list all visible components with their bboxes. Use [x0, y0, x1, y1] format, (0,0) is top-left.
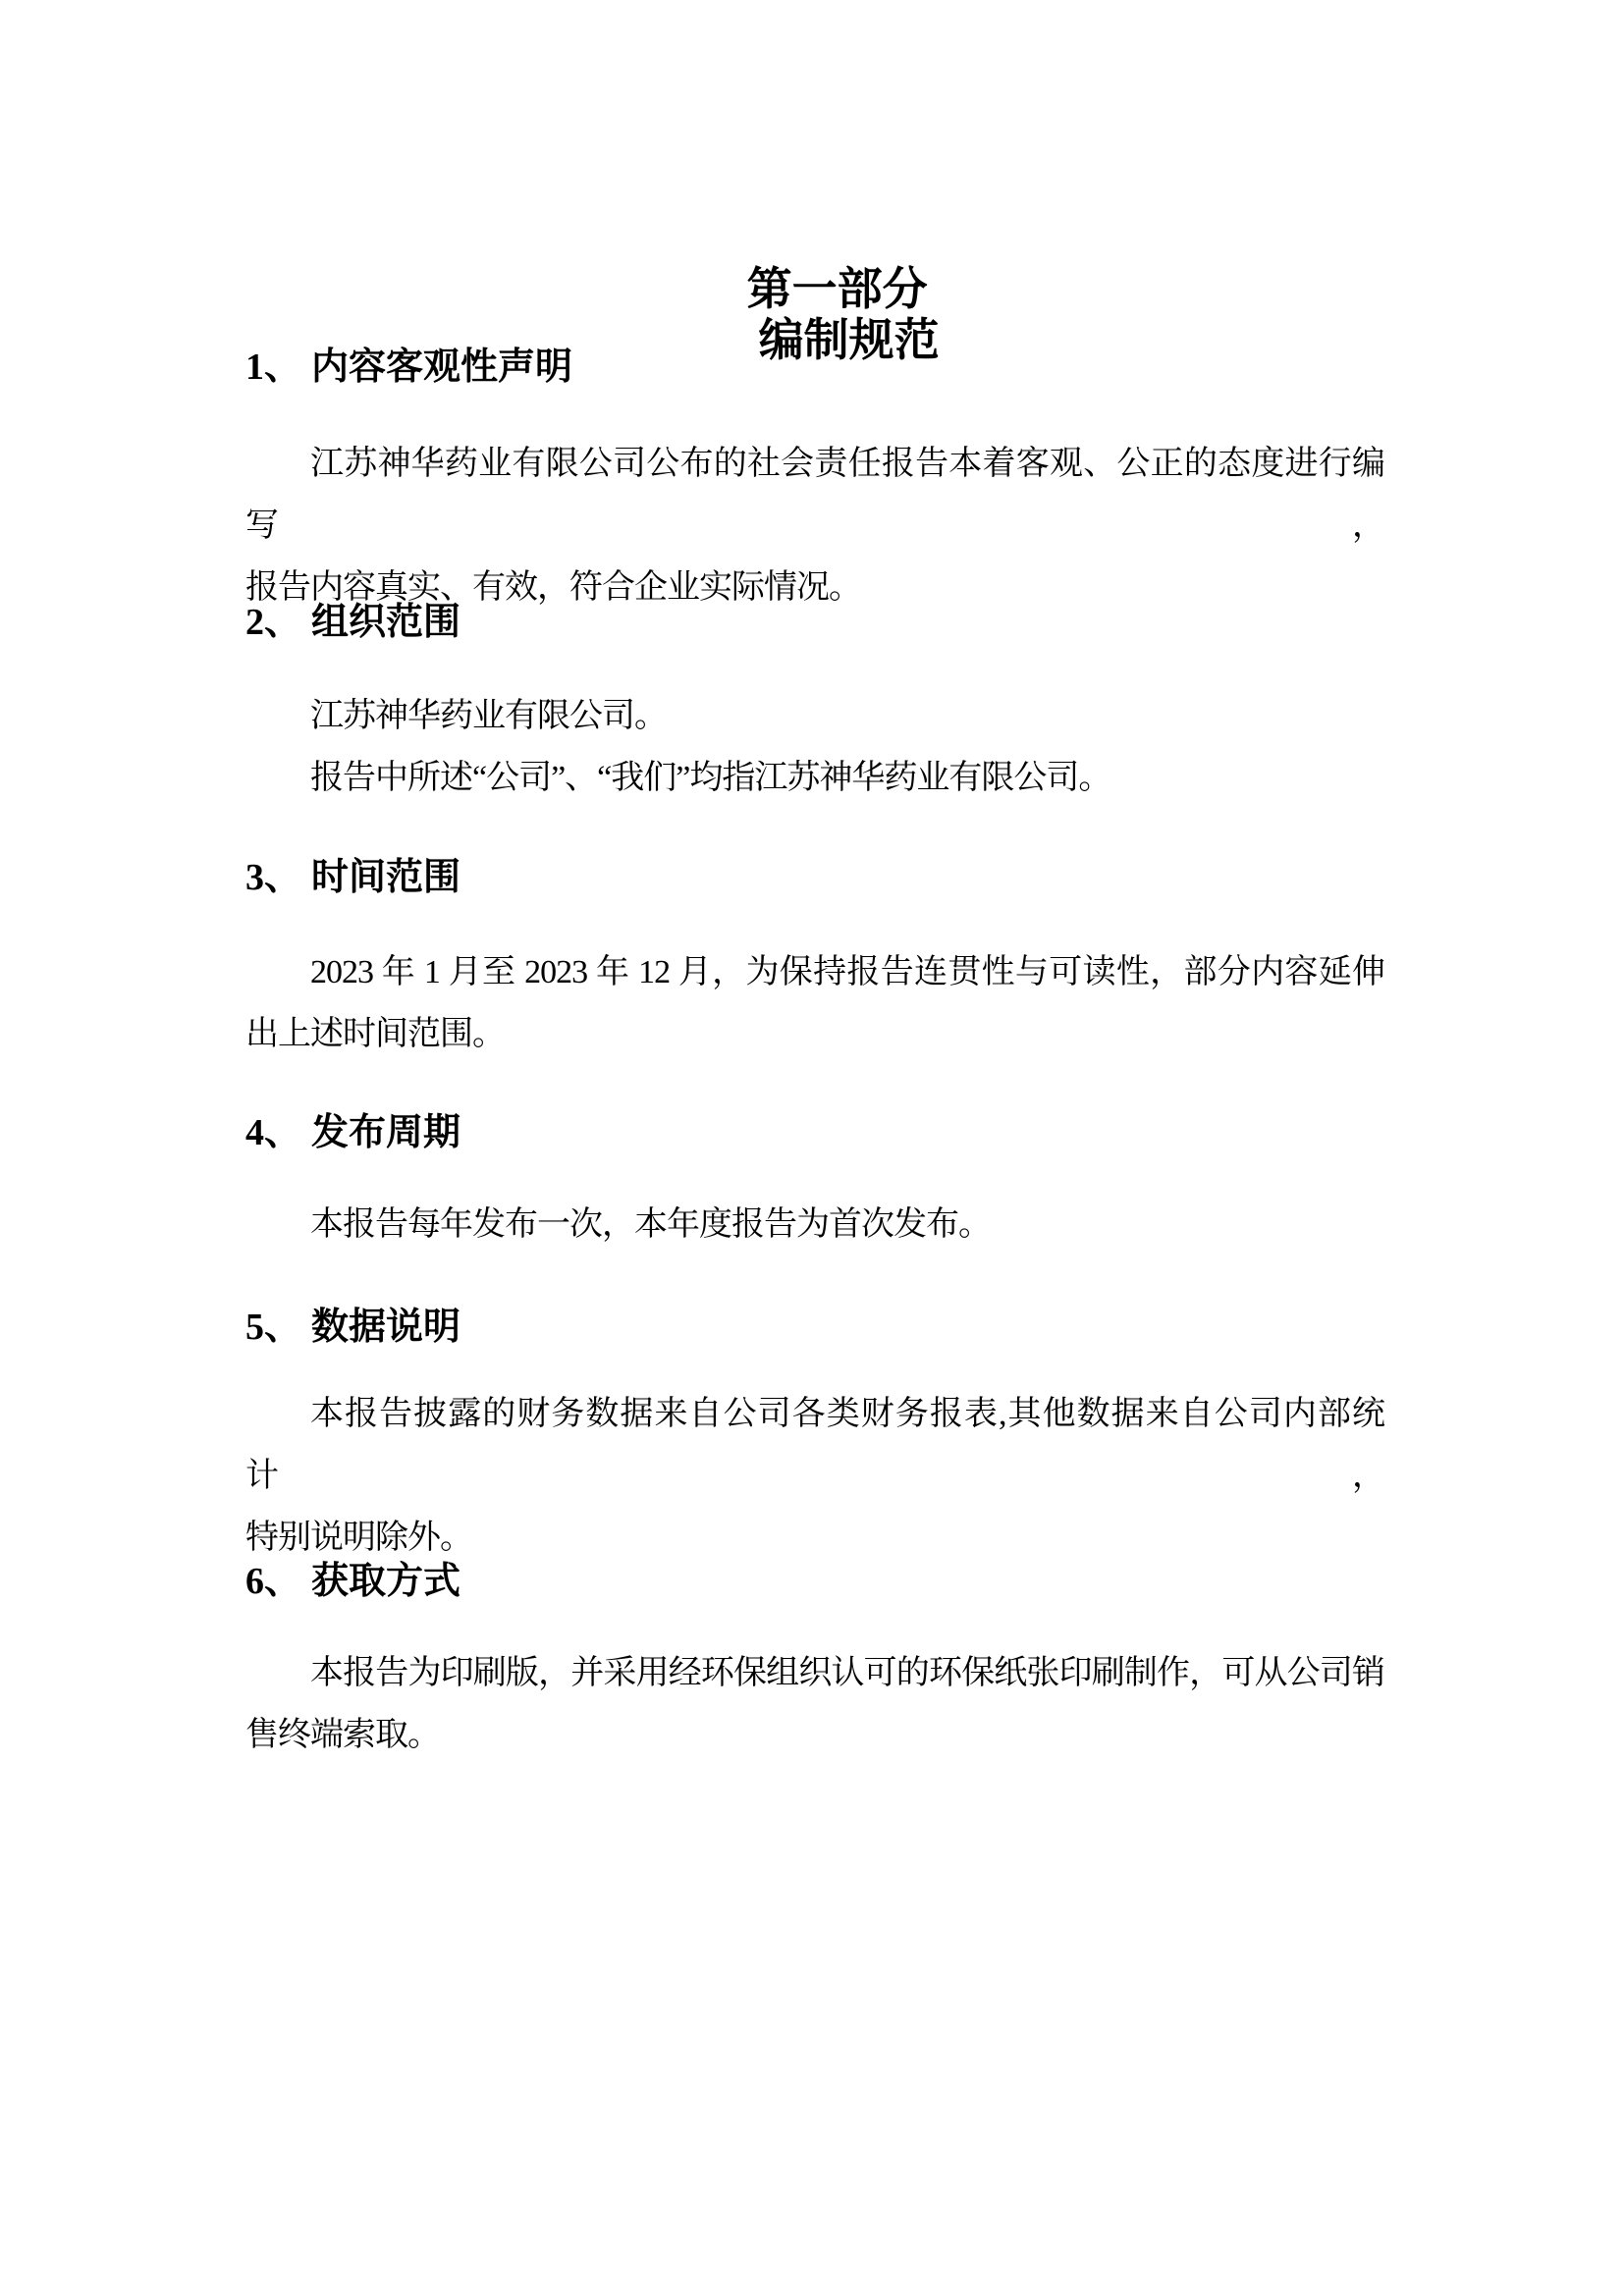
section-3-number: 3、 — [245, 857, 301, 898]
section-4-title: 发布周期 — [311, 1112, 460, 1153]
section-2-paragraph-2: 报告中所述“公司”、“我们”均指江苏神华药业有限公司。 — [245, 747, 1384, 809]
section-1-paragraph-1: 江苏神华药业有限公司公布的社会责任报告本着客观、公正的态度进行编写， 报告内容真… — [245, 433, 1384, 618]
body-line: 售终端索取。 — [245, 1704, 1384, 1766]
section-2-title: 组织范围 — [311, 602, 460, 643]
section-1-title: 内容客观性声明 — [311, 347, 572, 388]
body-line: 江苏神华药业有限公司。 — [245, 685, 1384, 747]
body-line: 本报告为印刷版，并采用经环保组织认可的环保纸张印刷制作，可从公司销 — [245, 1642, 1384, 1704]
document-page: 第一部分 编制规范 1、内容客观性声明 江苏神华药业有限公司公布的社会责任报告本… — [0, 0, 1624, 2296]
section-5-paragraph-1: 本报告披露的财务数据来自公司各类财务报表,其他数据来自公司内部统计， 特别说明除… — [245, 1383, 1384, 1569]
section-4-paragraph-1: 本报告每年发布一次，本年度报告为首次发布。 — [245, 1194, 1384, 1255]
body-line: 出上述时间范围。 — [245, 1003, 1384, 1065]
section-6-title: 获取方式 — [311, 1561, 460, 1602]
body-line: 2023 年 1 月至 2023 年 12 月，为保持报告连贯性与可读性，部分内… — [245, 941, 1384, 1003]
section-5-heading: 5、数据说明 — [245, 1305, 1384, 1350]
document-title-part: 第一部分 — [747, 263, 928, 314]
section-2-heading: 2、组织范围 — [245, 600, 1384, 645]
body-line: 本报告每年发布一次，本年度报告为首次发布。 — [245, 1194, 1384, 1255]
section-3-heading: 3、时间范围 — [245, 855, 1384, 900]
body-line: 本报告披露的财务数据来自公司各类财务报表,其他数据来自公司内部统计， — [245, 1383, 1384, 1507]
section-2-paragraph-1: 江苏神华药业有限公司。 — [245, 685, 1384, 747]
section-1-number: 1、 — [245, 347, 301, 388]
section-3-title: 时间范围 — [311, 857, 460, 898]
section-6-paragraph-1: 本报告为印刷版，并采用经环保组织认可的环保纸张印刷制作，可从公司销 售终端索取。 — [245, 1642, 1384, 1766]
section-1-heading: 1、内容客观性声明 — [245, 345, 1384, 390]
section-6-number: 6、 — [245, 1561, 301, 1602]
section-4-number: 4、 — [245, 1112, 301, 1153]
section-2-number: 2、 — [245, 602, 301, 643]
body-line: 江苏神华药业有限公司公布的社会责任报告本着客观、公正的态度进行编写， — [245, 433, 1384, 557]
section-4-heading: 4、发布周期 — [245, 1110, 1384, 1155]
section-3-paragraph-1: 2023 年 1 月至 2023 年 12 月，为保持报告连贯性与可读性，部分内… — [245, 941, 1384, 1065]
section-5-number: 5、 — [245, 1307, 301, 1348]
section-5-title: 数据说明 — [311, 1307, 460, 1348]
section-6-heading: 6、获取方式 — [245, 1559, 1384, 1604]
body-line: 报告中所述“公司”、“我们”均指江苏神华药业有限公司。 — [245, 747, 1384, 809]
